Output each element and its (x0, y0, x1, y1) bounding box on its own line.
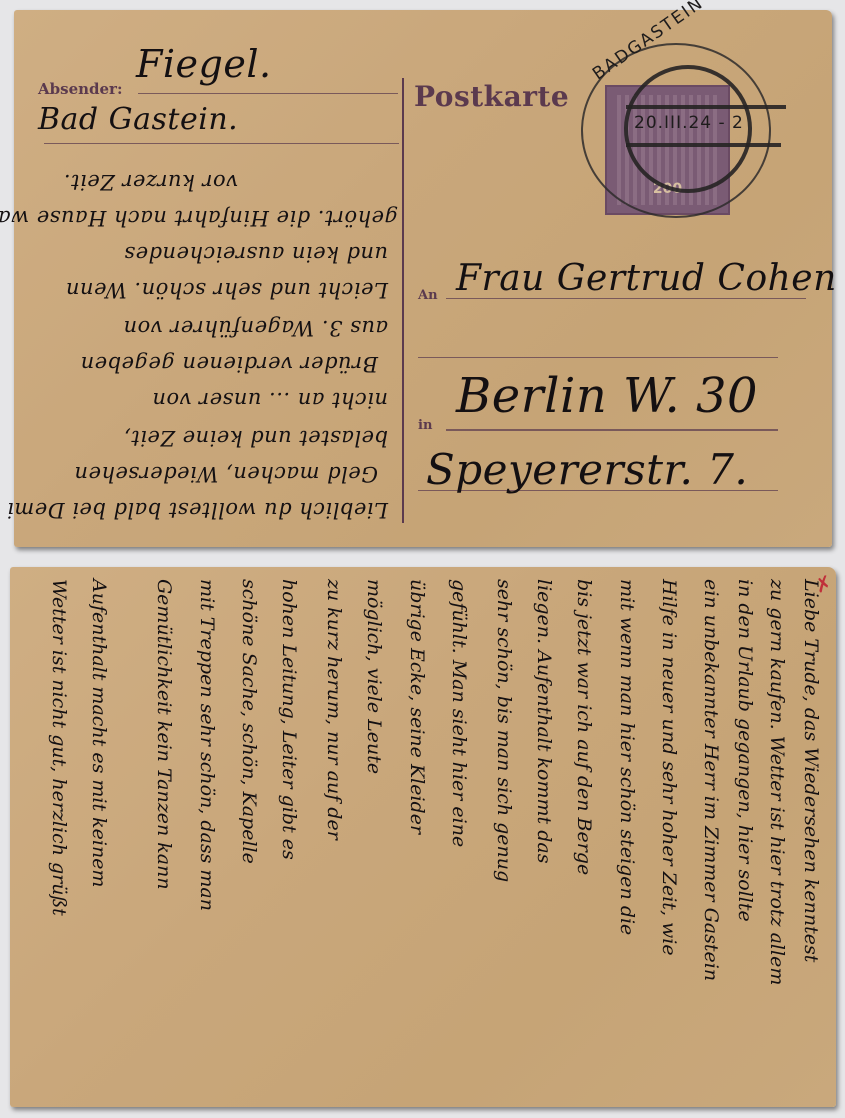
message-line: Leicht und sehr schön. Wenn (65, 278, 388, 302)
message-column: mit wenn man hier schön steigen die (616, 579, 638, 935)
postcard-front: Absender: Fiegel. Bad Gastein. Lieblich … (14, 10, 832, 547)
message-line: Geld machen, Wiedersehen (74, 462, 378, 486)
message-column: übrige Ecke, seine Kleider (406, 579, 428, 834)
postkarte-title: Postkarte (414, 80, 569, 113)
message-column: liegen. Aufenthalt kommt das (533, 579, 555, 863)
message-line: nicht an ... unser von (152, 388, 388, 412)
message-line: Brüder verdienen gegeben (80, 352, 378, 376)
sender-town: Bad Gastein. (38, 102, 238, 137)
message-column: möglich, viele Leute (363, 579, 385, 774)
sender-name: Fiegel. (136, 42, 272, 86)
message-column: Hilfe in neuer und sehr hoher Zeit, wie (658, 579, 680, 956)
message-column: Gemütlichkeit kein Tanzen kann (153, 579, 175, 890)
message-column: ein unbekannter Herr im Zimmer Gastein (700, 579, 722, 981)
message-column: Aufenthalt macht es mit keinem (88, 579, 110, 887)
postmark-bar-top (626, 105, 786, 109)
message-column: hohen Leitung, Leiter gibt es (278, 579, 300, 860)
recipient-name: Frau Gertrud Cohen (456, 258, 837, 299)
message-column: sehr schön, bis man sich genug (493, 579, 515, 882)
message-column: bis jetzt war ich auf den Berge (573, 579, 595, 875)
sender-line-1 (138, 93, 398, 94)
postmark-date: 20.III.24 - 2 (634, 113, 744, 133)
message-column: Wetter ist nicht gut, herzlich grüßt (48, 579, 70, 916)
message-column: schöne Sache, schön, Kapelle (238, 579, 260, 864)
back-message: Liebe Trude, das Wiedersehen kenntest zu… (10, 567, 836, 1107)
message-column: zu gern kaufen. Wetter ist hier trotz al… (766, 579, 788, 985)
message-line: Lieblich du wolltest bald bei Demi (7, 498, 388, 522)
address-line-2 (418, 357, 778, 358)
message-column: Liebe Trude, das Wiedersehen kenntest (800, 579, 822, 962)
postmark-bar-bottom (626, 143, 781, 147)
message-line: vor kurzer Zeit. (63, 170, 238, 194)
postcard-back: Liebe Trude, das Wiedersehen kenntest zu… (10, 567, 836, 1107)
recipient-street: Speyererstr. 7. (426, 445, 748, 494)
in-label: in (418, 418, 432, 433)
message-column: zu kurz herum, nur auf der (323, 579, 345, 840)
message-column: mit Treppen sehr schön, dass man (196, 579, 218, 911)
recipient-city: Berlin W. 30 (456, 368, 758, 424)
sender-label: Absender: (38, 80, 123, 98)
to-label: An (418, 288, 438, 303)
divider-line (402, 78, 404, 523)
message-line: und kein ausreichendes (124, 242, 388, 266)
message-line: belastet und keine Zeit, (124, 426, 388, 450)
upside-down-message: Lieblich du wolltest bald bei Demi Geld … (18, 150, 398, 530)
message-column: gefühlt. Man sieht hier eine (448, 579, 470, 847)
message-line: aus 3. Wagenführer von (123, 316, 388, 340)
message-column: in den Urlaub gegangen, hier sollte (734, 579, 756, 922)
message-line: gehört. die Hinfahrt nach Hause war (0, 206, 398, 230)
sender-line-2 (44, 143, 399, 144)
address-line-3 (446, 429, 778, 431)
